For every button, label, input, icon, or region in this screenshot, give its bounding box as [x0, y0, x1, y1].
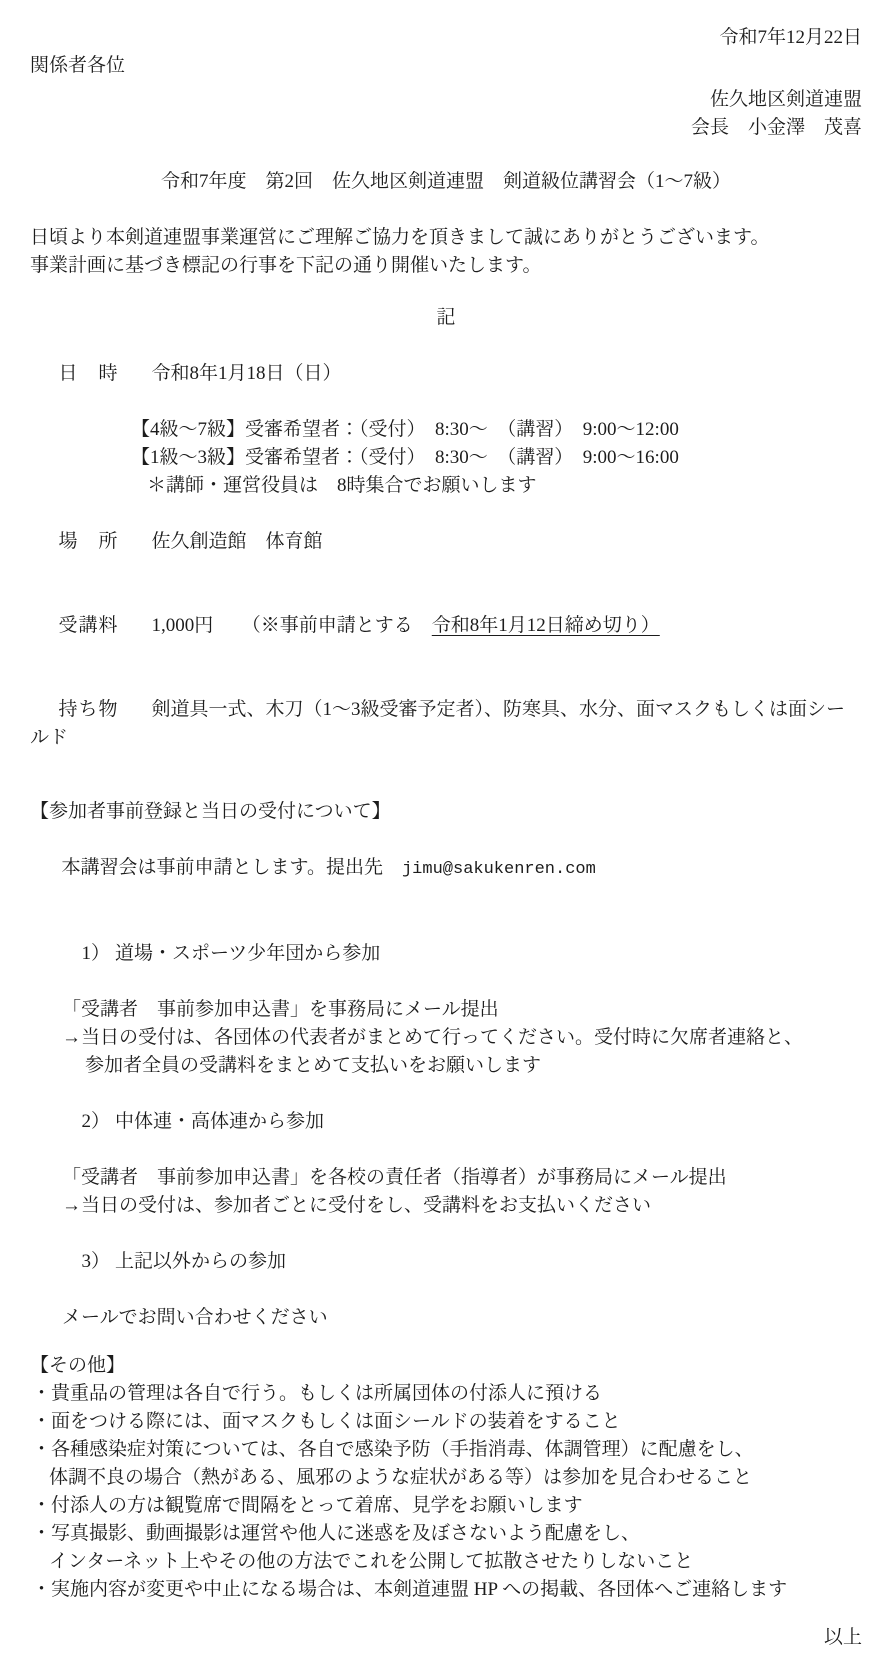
fee-label: 受講料	[59, 612, 152, 640]
registration-heading: 【参加者事前登録と当日の受付について】	[30, 798, 862, 826]
registration-intro: 本講習会は事前申請とします。提出先 jimu@sakukenren.com	[30, 826, 862, 912]
notice-document: 令和7年12月22日 関係者各位 佐久地区剣道連盟 会長 小金澤 茂喜 令和7年…	[0, 0, 886, 1662]
sender-organization: 佐久地区剣道連盟	[30, 86, 862, 114]
closing-mark: 以上	[30, 1624, 862, 1652]
registration-item-1: 1）道場・スポーツ少年団から参加	[30, 912, 862, 996]
event-details: 日 時令和8年1月18日（日） 【4級～7級】受審希望者：（受付） 8:30～ …	[30, 332, 862, 780]
intro-line-2: 事業計画に基づき標記の行事を下記の通り開催いたします。	[30, 252, 862, 280]
registration-item-1-line-3: 参加者全員の受講料をまとめて支払いをお願いします	[30, 1052, 862, 1080]
registration-section: 【参加者事前登録と当日の受付について】 本講習会は事前申請とします。提出先 ji…	[30, 798, 862, 1332]
others-section: 【その他】 ・貴重品の管理は各自で行う。もしくは所属団体の付添人に預ける ・面を…	[30, 1352, 862, 1604]
bullet-continuation-line: インターネット上やその他の方法でこれを公開して拡散させたりしないこと	[30, 1548, 862, 1576]
intro-line-1: 日頃より本剣道連盟事業運営にご理解ご協力を頂きまして誠にありがとうございます。	[30, 224, 862, 252]
detail-row-bring: 持ち物剣道具一式、木刀（1～3級受審予定者）、防寒具、水分、面マスクもしくは面シ…	[30, 668, 862, 780]
schedule-line-4-7: 【4級～7級】受審希望者：（受付） 8:30～ （講習） 9:00～12:00	[30, 416, 862, 444]
detail-row-place: 場 所佐久創造館 体育館	[30, 500, 862, 584]
registration-intro-text: 本講習会は事前申請とします。提出先	[62, 857, 402, 878]
registration-item-2: 2）中体連・高体連から参加	[30, 1080, 862, 1164]
contact-email: jimu@sakukenren.com	[402, 860, 596, 879]
item-number: 3）	[82, 1251, 111, 1272]
sender-person: 会長 小金澤 茂喜	[30, 114, 862, 142]
detail-row-datetime: 日 時令和8年1月18日（日）	[30, 332, 862, 416]
item-number: 2）	[82, 1111, 111, 1132]
schedule-line-1-3: 【1級～3級】受審希望者：（受付） 8:30～ （講習） 9:00～16:00	[30, 444, 862, 472]
datetime-value: 令和8年1月18日（日）	[152, 363, 342, 384]
bullet-line: ・貴重品の管理は各自で行う。もしくは所属団体の付添人に預ける	[30, 1380, 862, 1408]
item-title: 道場・スポーツ少年団から参加	[115, 943, 380, 964]
registration-item-3: 3）上記以外からの参加	[30, 1220, 862, 1304]
registration-item-1-line-2: →当日の受付は、各団体の代表者がまとめて行ってください。受付時に欠席者連絡と、	[30, 1024, 862, 1052]
document-title: 令和7年度 第2回 佐久地区剣道連盟 剣道級位講習会（1～7級）	[30, 168, 862, 196]
registration-item-3-line-1: メールでお問い合わせください	[30, 1304, 862, 1332]
bullet-line: ・各種感染症対策については、各自で感染予防（手指消毒、体調管理）に配慮をし、	[30, 1436, 862, 1464]
place-label: 場 所	[59, 528, 152, 556]
bring-label: 持ち物	[59, 696, 152, 724]
place-value: 佐久創造館 体育館	[152, 531, 323, 552]
item-number: 1）	[82, 943, 111, 964]
others-heading: 【その他】	[30, 1352, 862, 1380]
fee-deadline: 令和8年1月12日締め切り）	[432, 615, 660, 636]
datetime-label: 日 時	[59, 360, 152, 388]
registration-item-2-line-2: →当日の受付は、参加者ごとに受付をし、受講料をお支払いください	[30, 1192, 862, 1220]
bullet-line: ・面をつける際には、面マスクもしくは面シールドの装着をすること	[30, 1408, 862, 1436]
bullet-line: ・写真撮影、動画撮影は運営や他人に迷惑を及ぼさないよう配慮をし、	[30, 1520, 862, 1548]
bring-value: 剣道具一式、木刀（1～3級受審予定者）、防寒具、水分、面マスクもしくは面シールド	[30, 699, 845, 748]
record-heading: 記	[30, 304, 862, 332]
detail-row-fee: 受講料1,000円 （※事前申請とする 令和8年1月12日締め切り）	[30, 584, 862, 668]
bullet-line: ・実施内容が変更や中止になる場合は、本剣道連盟 HP への掲載、各団体へご連絡し…	[30, 1576, 862, 1604]
fee-value: 1,000円 （※事前申請とする	[152, 615, 432, 636]
staff-note: ＊講師・運営役員は 8時集合でお願いします	[30, 472, 862, 500]
item-title: 中体連・高体連から参加	[115, 1111, 324, 1132]
registration-item-1-line-1: 「受講者 事前参加申込書」を事務局にメール提出	[30, 996, 862, 1024]
item-title: 上記以外からの参加	[115, 1251, 286, 1272]
issue-date: 令和7年12月22日	[30, 24, 862, 52]
registration-item-2-line-1: 「受講者 事前参加申込書」を各校の責任者（指導者）が事務局にメール提出	[30, 1164, 862, 1192]
bullet-line: ・付添人の方は観覧席で間隔をとって着席、見学をお願いします	[30, 1492, 862, 1520]
recipient: 関係者各位	[30, 52, 862, 80]
bullet-continuation-line: 体調不良の場合（熱がある、風邪のような症状がある等）は参加を見合わせること	[30, 1464, 862, 1492]
